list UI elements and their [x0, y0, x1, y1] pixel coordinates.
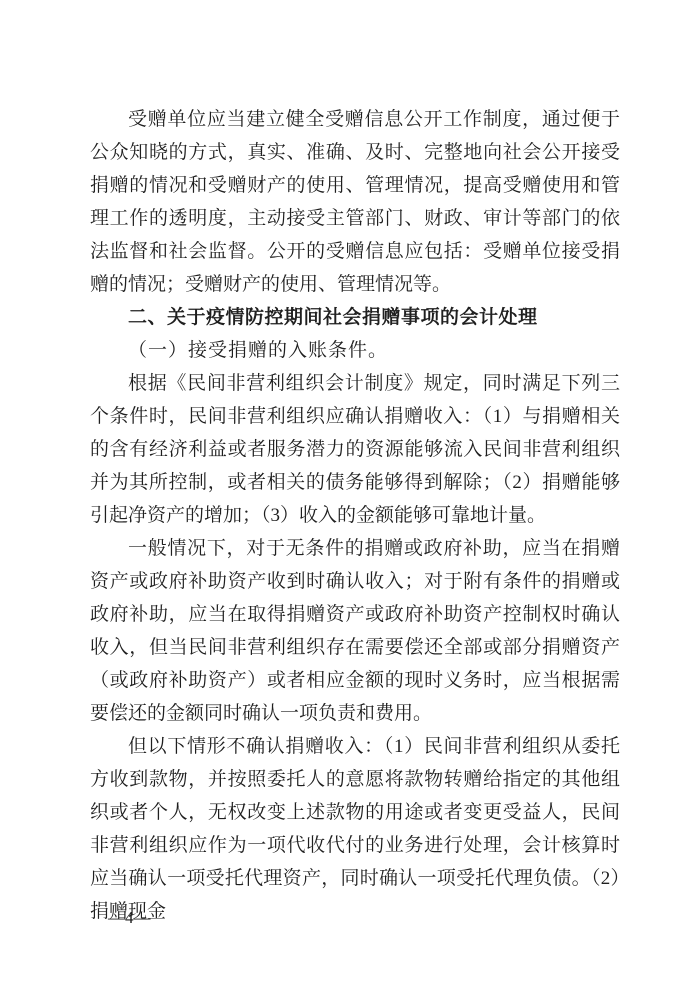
paragraph-unconditional-vs-conditional: 一般情况下，对于无条件的捐赠或政府补助，应当在捐赠资产或政府补助资产收到时确认收…	[90, 532, 620, 730]
paragraph-recognition-criteria: 根据《民间非营利组织会计制度》规定，同时满足下列三个条件时，民间非营利组织应确认…	[90, 367, 620, 532]
document-page: 受赠单位应当建立健全受赠信息公开工作制度，通过便于公众知晓的方式，真实、准确、及…	[0, 0, 700, 989]
paragraph-non-recognition-cases: 但以下情形不确认捐赠收入：（1）民间非营利组织从委托方收到款物，并按照委托人的意…	[90, 730, 620, 928]
subsection-heading-recognition-conditions: （一）接受捐赠的入账条件。	[90, 334, 620, 367]
paragraph-donation-info-disclosure: 受赠单位应当建立健全受赠信息公开工作制度，通过便于公众知晓的方式，真实、准确、及…	[90, 103, 620, 301]
document-content: 受赠单位应当建立健全受赠信息公开工作制度，通过便于公众知晓的方式，真实、准确、及…	[90, 103, 620, 928]
page-number: —4—	[108, 906, 151, 930]
section-heading-accounting-treatment: 二、关于疫情防控期间社会捐赠事项的会计处理	[90, 301, 620, 334]
